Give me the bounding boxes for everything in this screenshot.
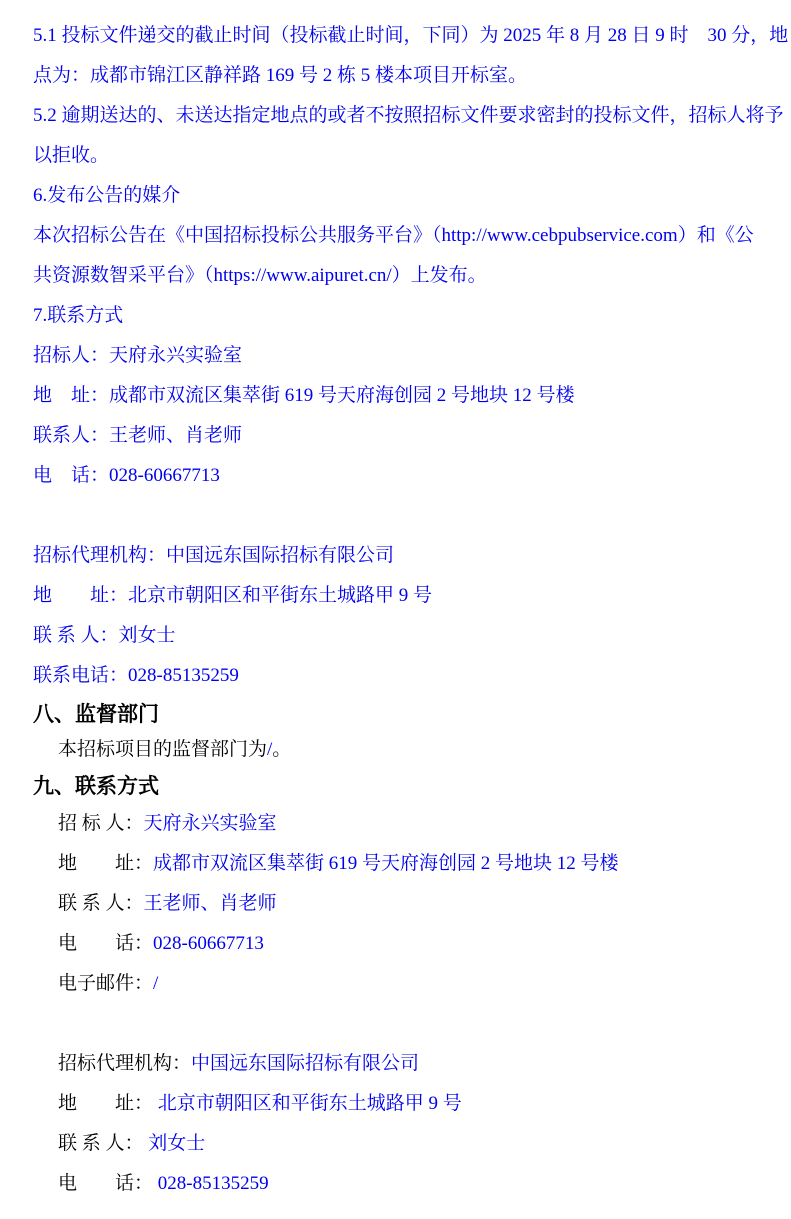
- tender-notice-document: 5.1 投标文件递交的截止时间（投标截止时间，下同）为 2025 年 8 月 2…: [0, 0, 791, 1219]
- clause-6-body-line-2: 共资源数智采平台》（https://www.aipuret.cn/）上发布。: [33, 256, 763, 296]
- clause-7-tenderer-address: 地 址：成都市双流区集萃街 619 号天府海创园 2 号地块 12 号楼: [33, 376, 763, 416]
- agency-phone-label: 电 话：: [58, 1173, 153, 1194]
- clause-7-agency-name: 招标代理机构：中国远东国际招标有限公司: [33, 536, 763, 576]
- clause-5-1-line-1: 5.1 投标文件递交的截止时间（投标截止时间，下同）为 2025 年 8 月 2…: [33, 16, 763, 56]
- clause-6-body-line-1: 本次招标公告在《中国招标投标公共服务平台》（http://www.cebpubs…: [33, 216, 763, 256]
- blank-line: [33, 496, 763, 536]
- section-9-tenderer-phone-row: 电 话：028-60667713: [58, 924, 763, 964]
- tenderer-contact-label: 联 系 人：: [58, 893, 144, 914]
- tenderer-contact-value: 王老师、肖老师: [144, 893, 277, 914]
- blank-line: [33, 1004, 763, 1044]
- tenderer-phone-label: 电 话：: [58, 933, 153, 954]
- agency-name-value: 中国远东国际招标有限公司: [191, 1053, 419, 1074]
- section-9-agency-name-row: 招标代理机构：中国远东国际招标有限公司: [58, 1044, 763, 1084]
- clause-7-agency-phone: 联系电话：028-85135259: [33, 656, 763, 696]
- agency-phone-value: 028-85135259: [153, 1173, 269, 1194]
- section-9-heading: 九、联系方式: [33, 768, 763, 804]
- section-8-heading: 八、监督部门: [33, 696, 763, 732]
- tenderer-name-value: 天府永兴实验室: [144, 813, 277, 834]
- section-8-body: 本招标项目的监督部门为/。: [58, 732, 763, 768]
- agency-address-label: 地 址：: [58, 1093, 153, 1114]
- section-8-body-suffix: 。: [272, 739, 291, 760]
- section-9-agency-contact-row: 联 系 人： 刘女士: [58, 1124, 763, 1164]
- clause-6-heading: 6.发布公告的媒介: [33, 176, 763, 216]
- clause-7-heading: 7.联系方式: [33, 296, 763, 336]
- agency-name-label: 招标代理机构：: [58, 1053, 191, 1074]
- tenderer-email-label: 电子邮件：: [58, 973, 153, 994]
- clause-7-tenderer-phone: 电 话：028-60667713: [33, 456, 763, 496]
- tenderer-email-value: /: [153, 973, 158, 994]
- tenderer-phone-value: 028-60667713: [153, 933, 264, 954]
- tenderer-address-value: 成都市双流区集萃街 619 号天府海创园 2 号地块 12 号楼: [153, 853, 619, 874]
- clause-7-agency-address: 地 址：北京市朝阳区和平街东土城路甲 9 号: [33, 576, 763, 616]
- clause-5-2-line-1: 5.2 逾期送达的、未送达指定地点的或者不按照招标文件要求密封的投标文件，招标人…: [33, 96, 763, 136]
- section-9-tenderer-name-row: 招 标 人：天府永兴实验室: [58, 804, 763, 844]
- section-9-agency-address-row: 地 址： 北京市朝阳区和平街东土城路甲 9 号: [58, 1084, 763, 1124]
- section-9-agency-phone-row: 电 话： 028-85135259: [58, 1164, 763, 1204]
- section-9-tenderer-address-row: 地 址：成都市双流区集萃街 619 号天府海创园 2 号地块 12 号楼: [58, 844, 763, 884]
- agency-address-value: 北京市朝阳区和平街东土城路甲 9 号: [153, 1093, 462, 1114]
- section-8-body-prefix: 本招标项目的监督部门为: [58, 739, 267, 760]
- agency-contact-value: 刘女士: [144, 1133, 206, 1154]
- clause-5-1-line-2: 点为：成都市锦江区静祥路 169 号 2 栋 5 楼本项目开标室。: [33, 56, 763, 96]
- clause-7-tenderer-name: 招标人：天府永兴实验室: [33, 336, 763, 376]
- agency-contact-label: 联 系 人：: [58, 1133, 144, 1154]
- clause-5-2-line-2: 以拒收。: [33, 136, 763, 176]
- section-9-tenderer-email-row: 电子邮件：/: [58, 964, 763, 1004]
- clause-7-tenderer-contact: 联系人：王老师、肖老师: [33, 416, 763, 456]
- tenderer-name-label: 招 标 人：: [58, 813, 144, 834]
- tenderer-address-label: 地 址：: [58, 853, 153, 874]
- clause-7-agency-contact: 联 系 人：刘女士: [33, 616, 763, 656]
- section-9-tenderer-contact-row: 联 系 人：王老师、肖老师: [58, 884, 763, 924]
